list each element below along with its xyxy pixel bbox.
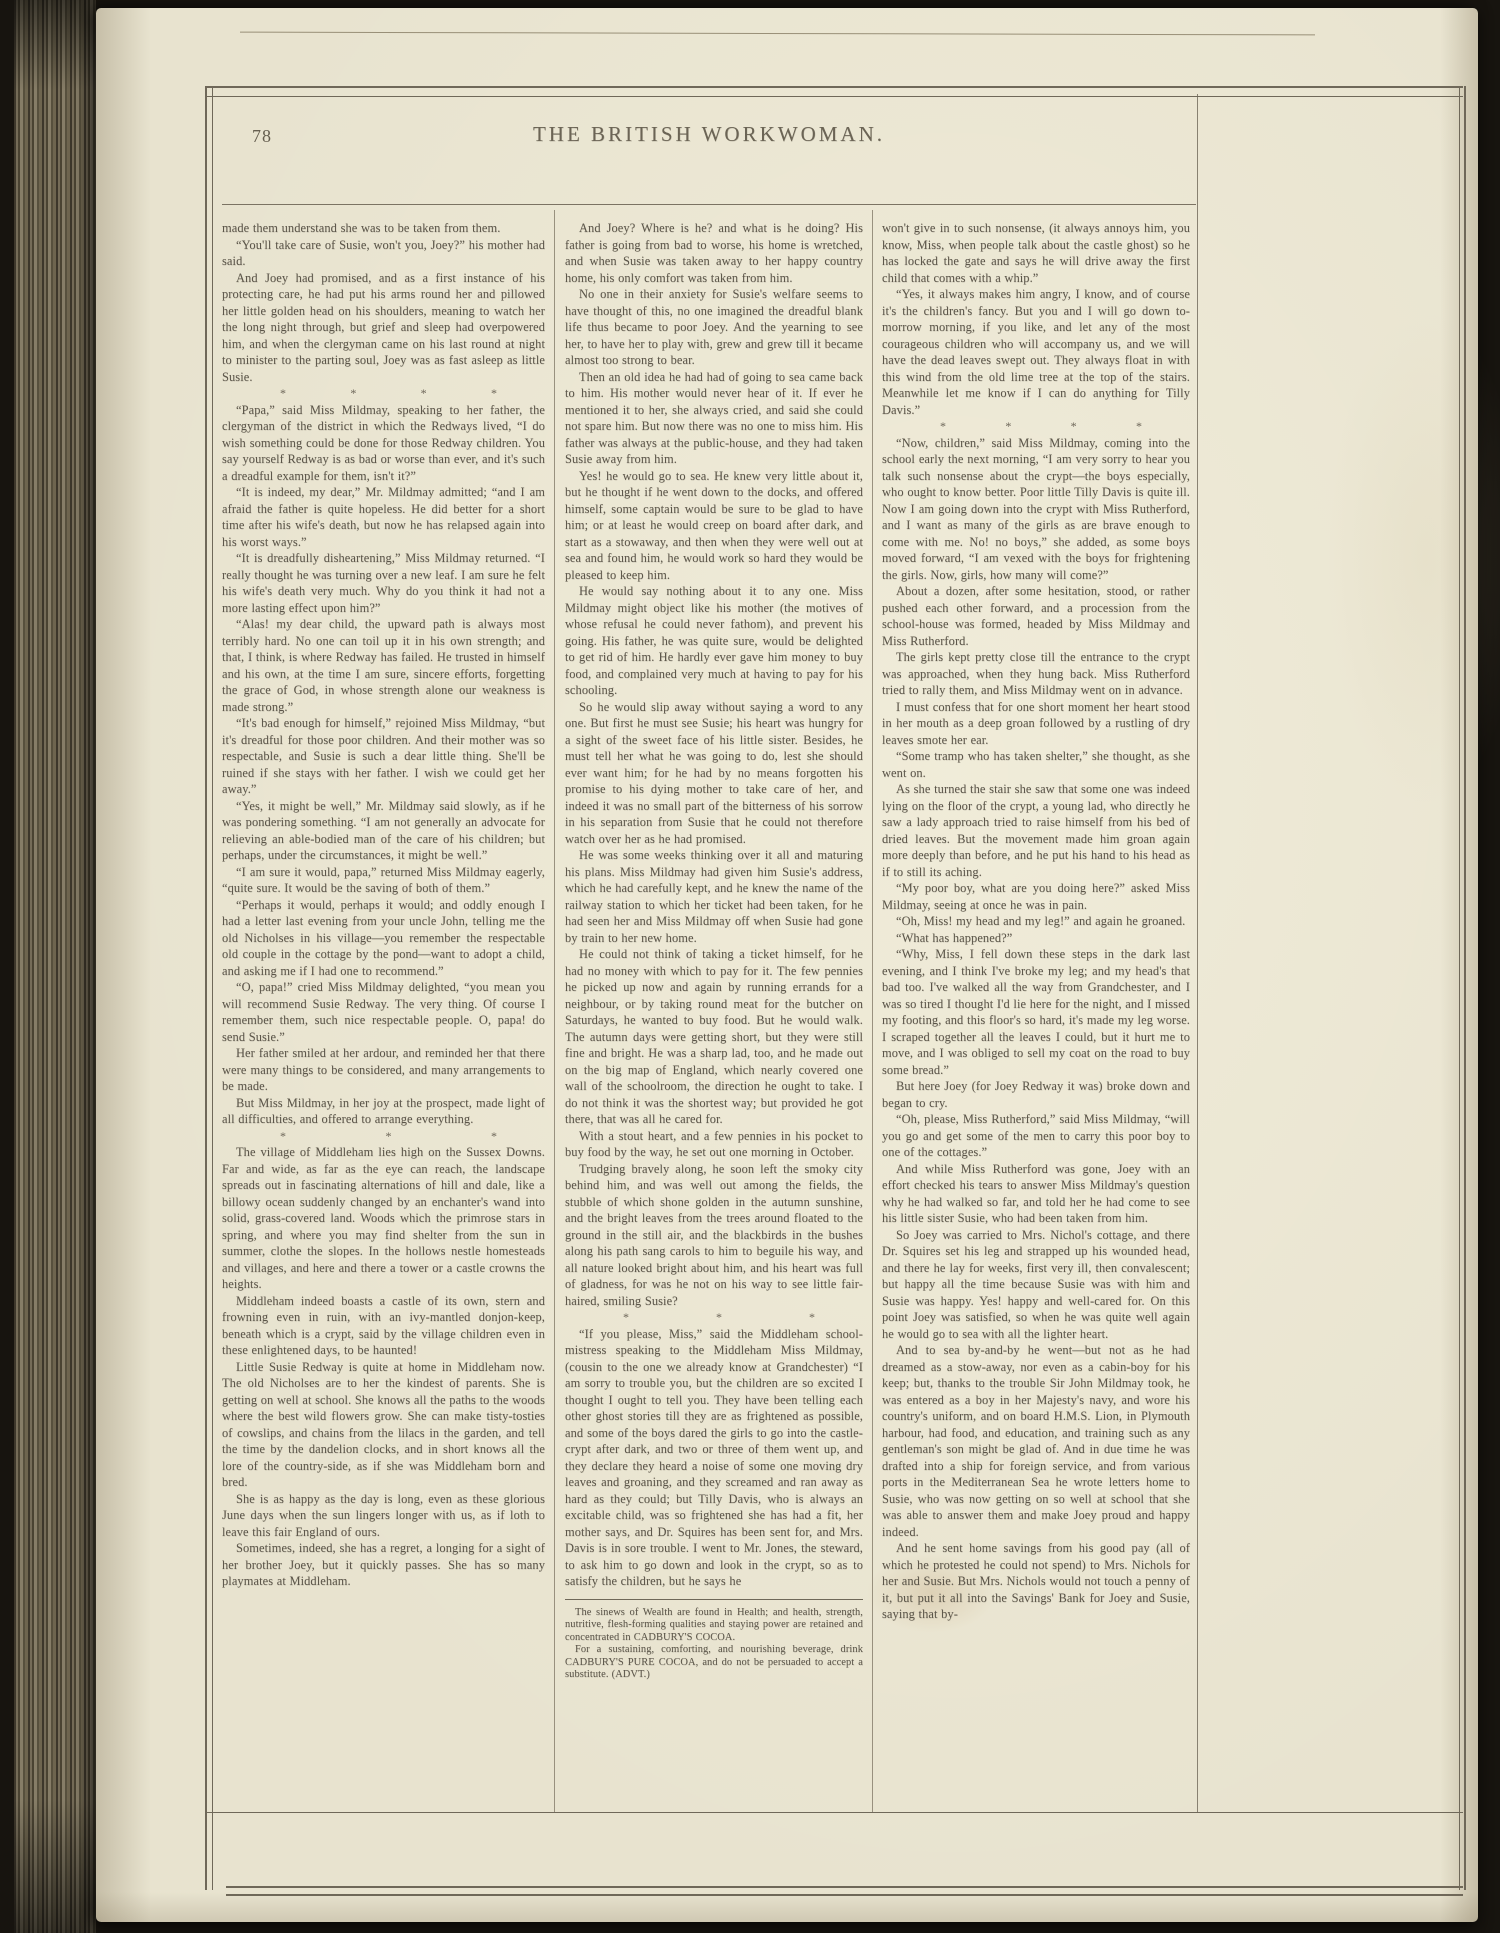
section-separator: *** — [222, 1128, 545, 1145]
paragraph: “My poor boy, what are you doing here?” … — [882, 880, 1190, 913]
paragraph: He would say nothing about it to any one… — [565, 583, 863, 699]
paragraph: Then an old idea he had had of going to … — [565, 369, 863, 468]
paragraph: “It is indeed, my dear,” Mr. Mildmay adm… — [222, 484, 545, 550]
paragraph: So Joey was carried to Mrs. Nichol's cot… — [882, 1227, 1190, 1343]
paragraph: “Why, Miss, I fell down these steps in t… — [882, 946, 1190, 1078]
header-rule — [222, 204, 1196, 205]
paragraph: Little Susie Redway is quite at home in … — [222, 1359, 545, 1491]
paragraph: “Yes, it always makes him angry, I know,… — [882, 286, 1190, 418]
paragraph: He could not think of taking a ticket hi… — [565, 946, 863, 1128]
paragraph: “O, papa!” cried Miss Mildmay delighted,… — [222, 979, 545, 1045]
paragraph: Trudging bravely along, he soon left the… — [565, 1161, 863, 1310]
frame-left-rule — [205, 86, 213, 1890]
asterisk: * — [623, 1309, 629, 1326]
paragraph: “Oh, please, Miss Rutherford,” said Miss… — [882, 1111, 1190, 1161]
paragraph: “It is dreadfully disheartening,” Miss M… — [222, 550, 545, 616]
paragraph: “Papa,” said Miss Mildmay, speaking to h… — [222, 402, 545, 485]
paragraph: She is as happy as the day is long, even… — [222, 1491, 545, 1541]
paragraph: With a stout heart, and a few pennies in… — [565, 1128, 863, 1161]
paragraph: “It's bad enough for himself,” rejoined … — [222, 715, 545, 798]
paragraph: About a dozen, after some hesitation, st… — [882, 583, 1190, 649]
asterisk: * — [280, 1128, 286, 1145]
paragraph: And while Miss Rutherford was gone, Joey… — [882, 1161, 1190, 1227]
asterisk: * — [1005, 418, 1011, 435]
section-separator: **** — [222, 385, 545, 402]
paragraph: He was some weeks thinking over it all a… — [565, 847, 863, 946]
asterisk: * — [280, 385, 286, 402]
paragraph: But here Joey (for Joey Redway it was) b… — [882, 1078, 1190, 1111]
foxing-stain — [1326, 308, 1500, 808]
paragraph: As she turned the stair she saw that som… — [882, 781, 1190, 880]
text-column-3: won't give in to such nonsense, (it alwa… — [882, 220, 1190, 1623]
section-separator: *** — [565, 1309, 863, 1326]
asterisk: * — [491, 1128, 497, 1145]
masthead-title: THE BRITISH WORKWOMAN. — [222, 122, 1196, 147]
asterisk: * — [716, 1309, 722, 1326]
asterisk: * — [350, 385, 356, 402]
paragraph: Yes! he would go to sea. He knew very li… — [565, 468, 863, 584]
paragraph: “I am sure it would, papa,” returned Mis… — [222, 864, 545, 897]
paragraph: “Some tramp who has taken shelter,” she … — [882, 748, 1190, 781]
asterisk: * — [1136, 418, 1142, 435]
frame-right-rule — [1459, 86, 1466, 1890]
paragraph: And to sea by-and-by he went—but not as … — [882, 1342, 1190, 1540]
asterisk: * — [940, 418, 946, 435]
asterisk: * — [386, 1128, 392, 1145]
asterisk: * — [809, 1309, 815, 1326]
asterisk: * — [491, 385, 497, 402]
asterisk: * — [1071, 418, 1077, 435]
paragraph: I must confess that for one short moment… — [882, 699, 1190, 749]
column-divider — [872, 210, 873, 1812]
advert-text: For a sustaining, comforting, and nouris… — [565, 1644, 863, 1682]
paragraph: “Perhaps it would, perhaps it would; and… — [222, 897, 545, 980]
paragraph: made them understand she was to be taken… — [222, 220, 545, 237]
paragraph: Sometimes, indeed, she has a regret, a l… — [222, 1540, 545, 1590]
book-page-stack-edge — [14, 0, 96, 1933]
column-divider — [554, 210, 555, 1812]
paragraph: No one in their anxiety for Susie's welf… — [565, 286, 863, 369]
paragraph: The village of Middleham lies high on th… — [222, 1144, 545, 1293]
bottom-double-rule — [226, 1886, 1463, 1896]
paragraph: The girls kept pretty close till the ent… — [882, 649, 1190, 699]
paragraph: “You'll take care of Susie, won't you, J… — [222, 237, 545, 270]
paragraph: But Miss Mildmay, in her joy at the pros… — [222, 1095, 545, 1128]
paragraph: And Joey had promised, and as a first in… — [222, 270, 545, 386]
paragraph: “What has happened?” — [882, 930, 1190, 947]
text-block-right-rule — [1197, 94, 1198, 1812]
paragraph: And Joey? Where is he? and what is he do… — [565, 220, 863, 286]
scanned-book-photo: { "page": { "number": "78", "masthead": … — [0, 0, 1500, 1933]
paragraph: “Alas! my dear child, the upward path is… — [222, 616, 545, 715]
paragraph: “Yes, it might be well,” Mr. Mildmay sai… — [222, 798, 545, 864]
asterisk: * — [421, 385, 427, 402]
text-column-1: made them understand she was to be taken… — [222, 220, 545, 1590]
paragraph: “Now, children,” said Miss Mildmay, comi… — [882, 435, 1190, 584]
paragraph: “Oh, Miss! my head and my leg!” and agai… — [882, 913, 1190, 930]
top-double-rule — [205, 86, 1463, 97]
advert-divider-rule — [565, 1599, 863, 1600]
advert-text: The sinews of Wealth are found in Health… — [565, 1607, 863, 1645]
frame-bottom-rule — [205, 1812, 1463, 1813]
paragraph: “If you please, Miss,” said the Middleha… — [565, 1326, 863, 1590]
paragraph: Middleham indeed boasts a castle of its … — [222, 1293, 545, 1359]
paragraph: So he would slip away without saying a w… — [565, 699, 863, 848]
paragraph: won't give in to such nonsense, (it alwa… — [882, 220, 1190, 286]
section-separator: **** — [882, 418, 1190, 435]
paragraph: Her father smiled at her ardour, and rem… — [222, 1045, 545, 1095]
text-column-2: And Joey? Where is he? and what is he do… — [565, 220, 863, 1682]
paragraph: And he sent home savings from his good p… — [882, 1540, 1190, 1623]
